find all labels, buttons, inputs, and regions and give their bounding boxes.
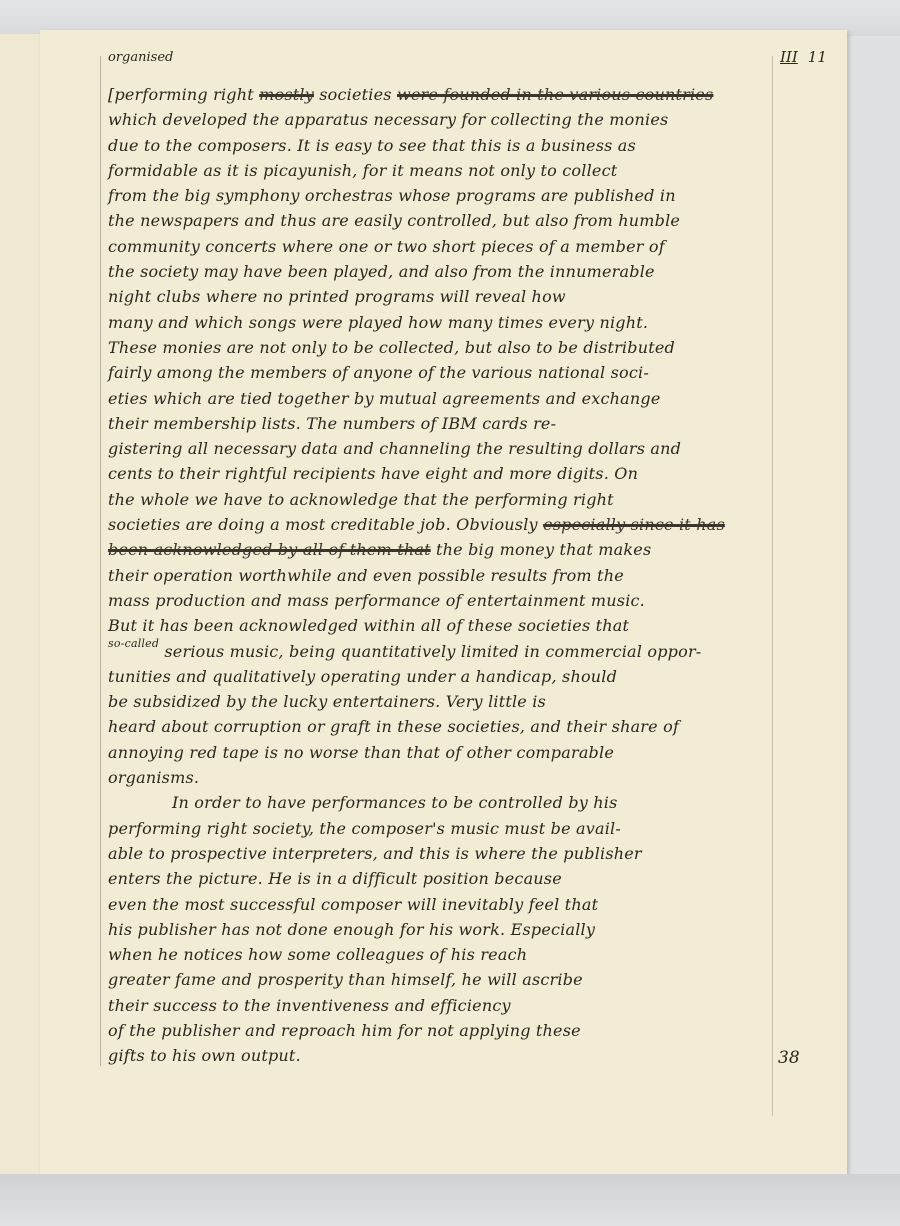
- manuscript-body: [performing right mostly societies were …: [108, 82, 768, 1069]
- text-line: his publisher has not done enough for hi…: [108, 917, 768, 942]
- text-line: greater fame and prosperity than himself…: [108, 967, 768, 992]
- text-line: formidable as it is picayunish, for it m…: [108, 158, 768, 183]
- text-line: tunities and qualitatively operating und…: [108, 664, 768, 689]
- header-insertion: organised: [108, 50, 173, 65]
- background-bottom: [0, 1174, 900, 1226]
- text-line: their operation worthwhile and even poss…: [108, 563, 768, 588]
- text-line: from the big symphony orchestras whose p…: [108, 183, 768, 208]
- struck-text: were founded in the various countries: [397, 85, 713, 104]
- text-line: These monies are not only to be collecte…: [108, 335, 768, 360]
- text-line: the newspapers and thus are easily contr…: [108, 208, 768, 233]
- text-line: of the publisher and reproach him for no…: [108, 1018, 768, 1043]
- text-line: eties which are tied together by mutual …: [108, 386, 768, 411]
- text-line: But it has been acknowledged within all …: [108, 613, 768, 638]
- text-line: organisms.: [108, 765, 768, 790]
- text-line: due to the composers. It is easy to see …: [108, 133, 768, 158]
- struck-text: been acknowledged by all of them that: [108, 540, 431, 559]
- text-line: their membership lists. The numbers of I…: [108, 411, 768, 436]
- text-line: which developed the apparatus necessary …: [108, 107, 768, 132]
- text-line: the whole we have to acknowledge that th…: [108, 487, 768, 512]
- struck-text: especially since it has: [543, 515, 725, 534]
- text-line: enters the picture. He is in a difficult…: [108, 866, 768, 891]
- margin-insertion: so-called: [108, 637, 159, 650]
- text-line: performing right society, the composer's…: [108, 816, 768, 841]
- struck-text: mostly: [259, 85, 314, 104]
- text-line: their success to the inventiveness and e…: [108, 993, 768, 1018]
- text-line: cents to their rightful recipients have …: [108, 461, 768, 486]
- text-line: night clubs where no printed programs wi…: [108, 284, 768, 309]
- text-line: gifts to his own output.: [108, 1043, 768, 1068]
- sheet-identifier: III11: [780, 48, 827, 66]
- sheet-number: 11: [808, 48, 827, 66]
- text-line: In order to have performances to be cont…: [108, 790, 768, 815]
- facing-page-edge: [0, 34, 43, 1176]
- text-line: the society may have been played, and al…: [108, 259, 768, 284]
- text-line: be subsidized by the lucky entertainers.…: [108, 689, 768, 714]
- right-margin-rule: [772, 56, 773, 1116]
- manuscript-page: organised III11 [performing right mostly…: [40, 30, 847, 1175]
- left-margin-rule: [100, 56, 101, 1066]
- text-line: able to prospective interpreters, and th…: [108, 841, 768, 866]
- text-line: gistering all necessary data and channel…: [108, 436, 768, 461]
- text-line: when he notices how some colleagues of h…: [108, 942, 768, 967]
- text-line: heard about corruption or graft in these…: [108, 714, 768, 739]
- text-line: mass production and mass performance of …: [108, 588, 768, 613]
- text-line: been acknowledged by all of them that th…: [108, 537, 768, 562]
- text-line: societies are doing a most creditable jo…: [108, 512, 768, 537]
- text-line: [performing right mostly societies were …: [108, 82, 768, 107]
- text-line: annoying red tape is no worse than that …: [108, 740, 768, 765]
- text-line: even the most successful composer will i…: [108, 892, 768, 917]
- text-line: community concerts where one or two shor…: [108, 234, 768, 259]
- page-number: 38: [778, 1048, 800, 1068]
- text-line: so-called serious music, being quantitat…: [108, 639, 768, 664]
- text-line: many and which songs were played how man…: [108, 310, 768, 335]
- section-marker: III: [780, 48, 798, 66]
- text-line: fairly among the members of anyone of th…: [108, 360, 768, 385]
